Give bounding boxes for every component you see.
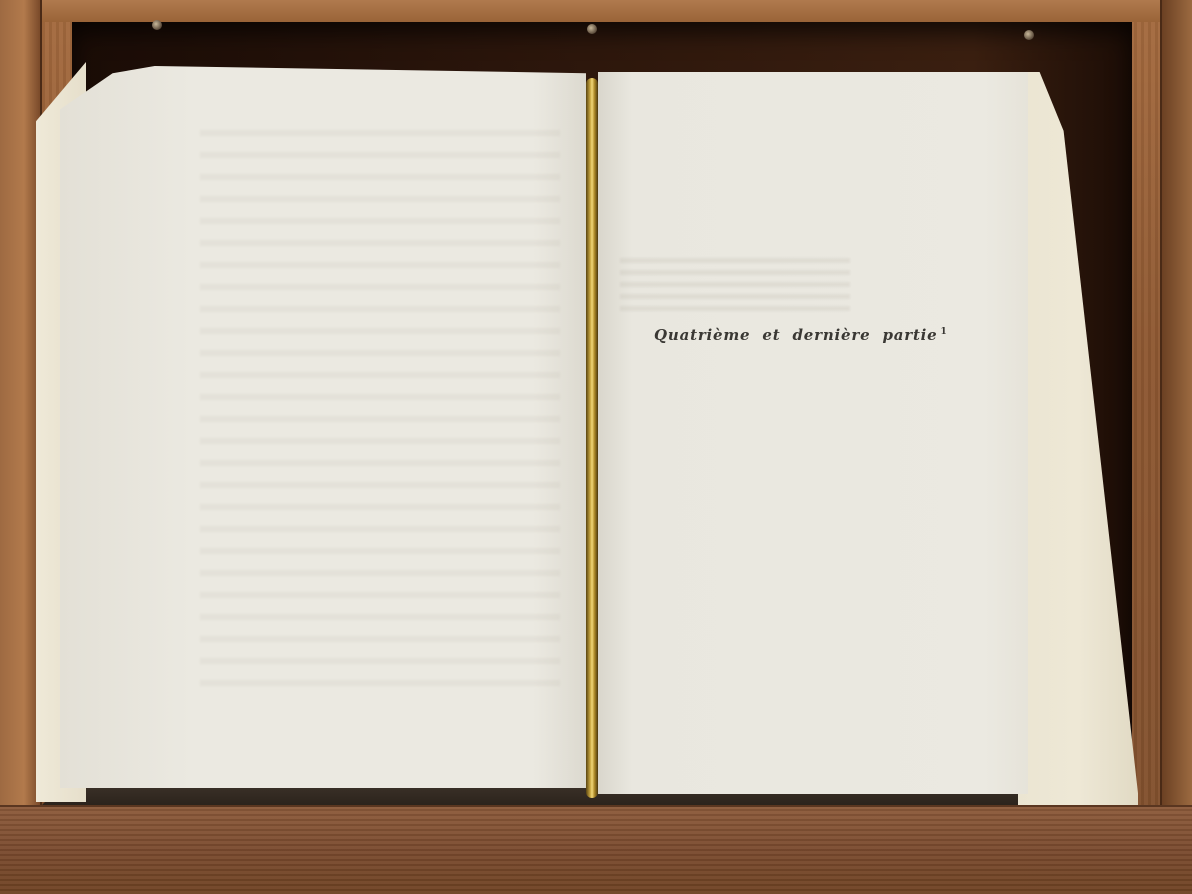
frame-right-rail xyxy=(1160,0,1192,894)
frame-top-rail xyxy=(40,0,1162,22)
footnote-marker: 1 xyxy=(941,327,948,337)
brass-spine-rod xyxy=(586,78,598,798)
right-page-show-through xyxy=(620,258,850,318)
frame-bottom-rail xyxy=(0,805,1192,894)
part-heading: Quatrième et dernière partie1 xyxy=(654,326,974,344)
frame-left-rail xyxy=(0,0,42,894)
screw-icon xyxy=(587,24,597,34)
screw-icon xyxy=(152,20,162,30)
screw-icon xyxy=(1024,30,1034,40)
part-heading-text: Quatrième et dernière partie xyxy=(654,326,938,344)
left-page-show-through xyxy=(200,130,560,690)
right-page xyxy=(598,72,1028,794)
